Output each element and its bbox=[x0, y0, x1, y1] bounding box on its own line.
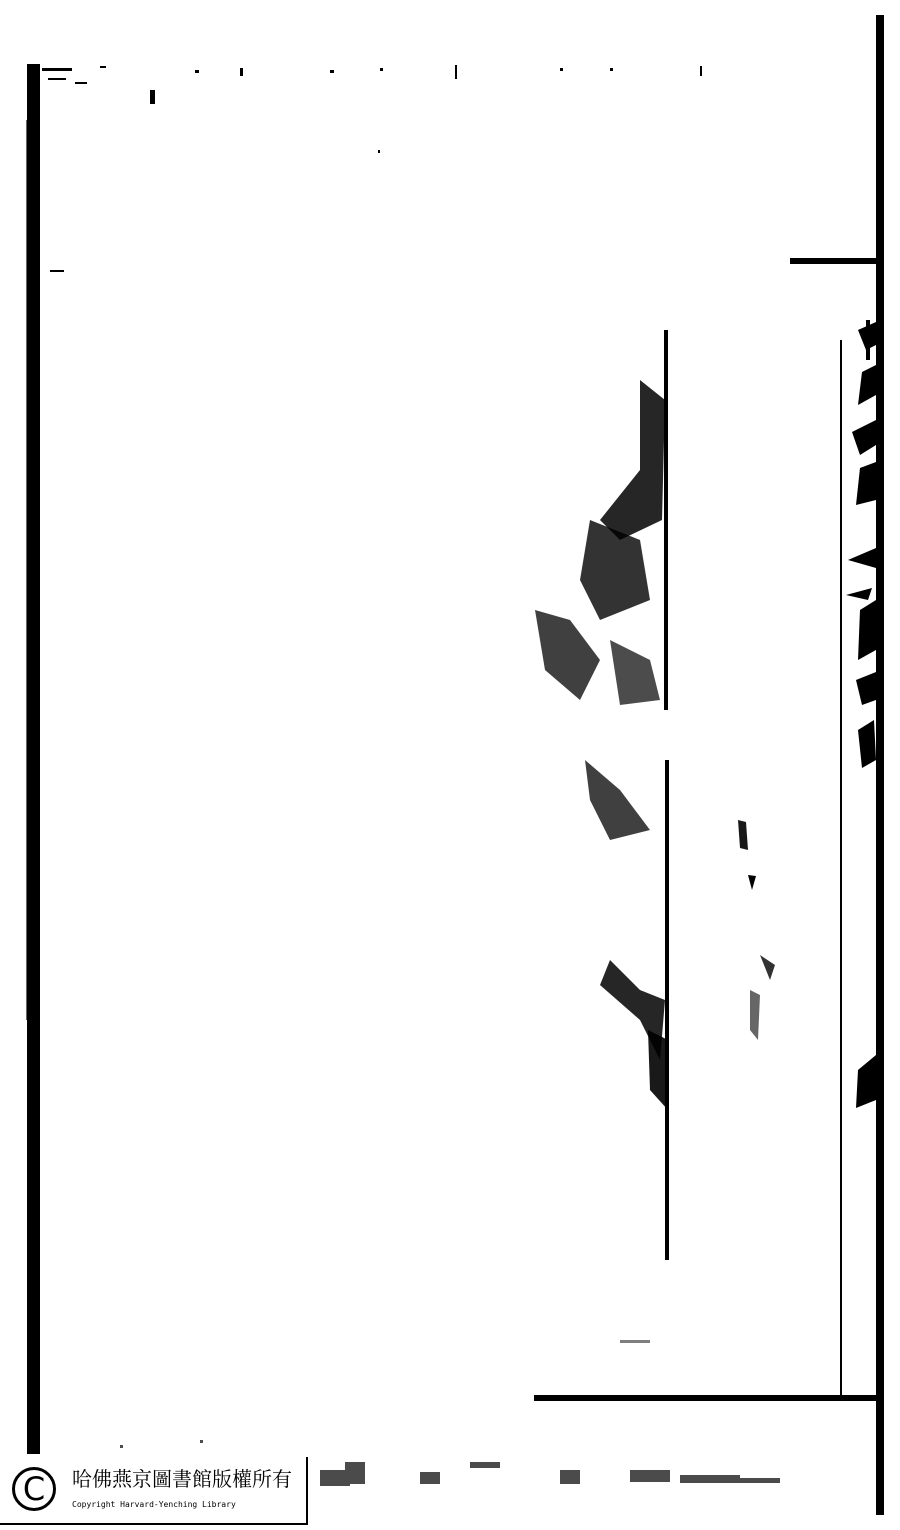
copyright-chinese-text: 哈佛燕京圖書館版權所有 bbox=[72, 1463, 292, 1492]
ink-bleedthrough bbox=[535, 330, 775, 1343]
copyright-stamp: C 哈佛燕京圖書館版權所有 Copyright Harvard-Yenching… bbox=[0, 1457, 308, 1525]
page-frame-and-bleedthrough bbox=[0, 0, 900, 1530]
copyright-icon: C bbox=[12, 1467, 56, 1511]
partial-right-column-characters bbox=[846, 322, 876, 1108]
left-border bbox=[26, 64, 40, 1454]
copyright-english-text: Copyright Harvard-Yenching Library bbox=[72, 1500, 236, 1509]
scanned-page: C 哈佛燕京圖書館版權所有 Copyright Harvard-Yenching… bbox=[0, 0, 900, 1530]
top-edge-speckles bbox=[42, 65, 702, 272]
